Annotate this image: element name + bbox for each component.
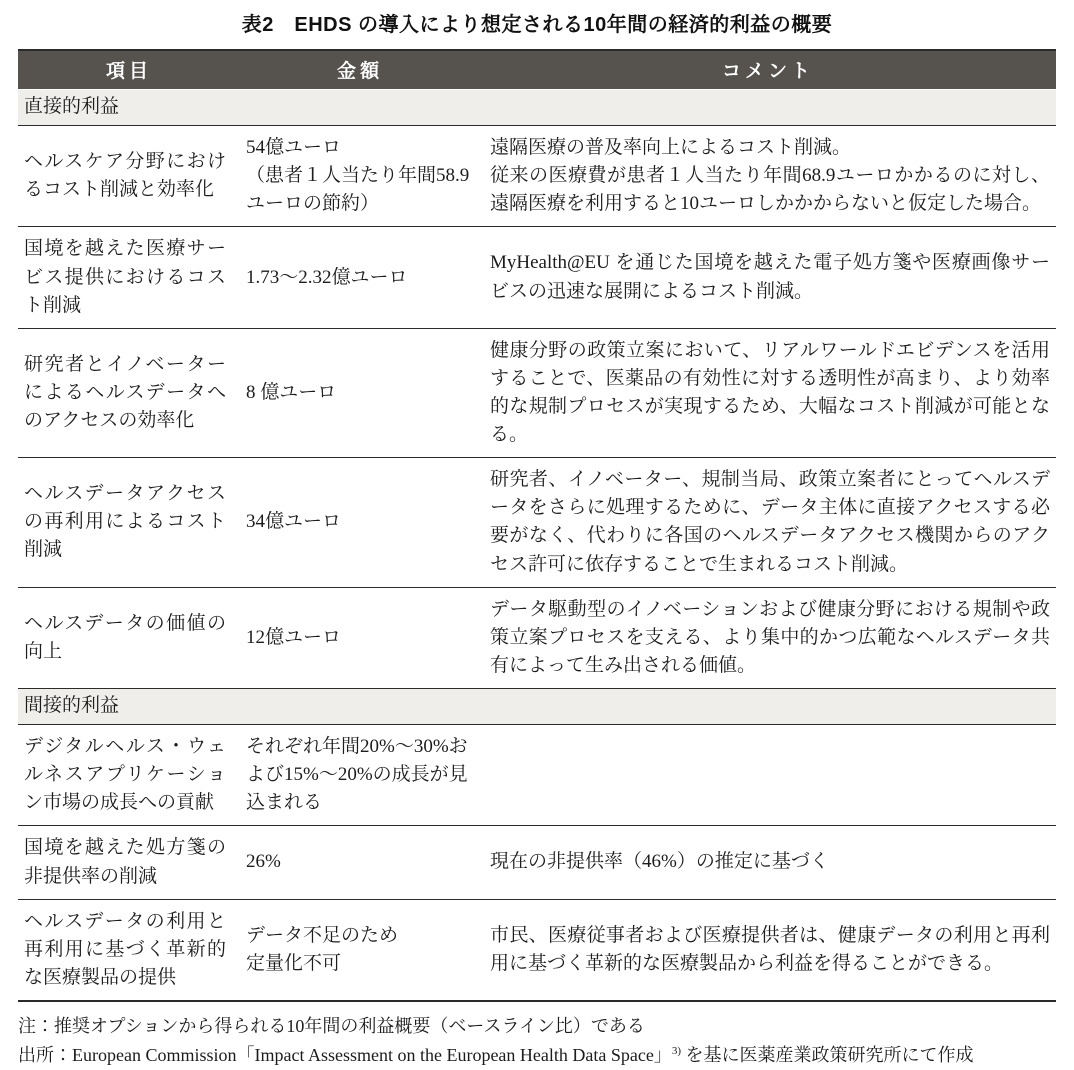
header-amount: 金額 (240, 50, 480, 90)
amount-cell: それぞれ年間20%～30%および15%～20%の成長が見込まれる (240, 725, 480, 826)
amount-cell: 34億ユーロ (240, 458, 480, 587)
comment-cell: MyHealth@EU を通じた国境を越えた電子処方箋や医療画像サービスの迅速な… (480, 227, 1056, 328)
amount-cell: 8 億ユーロ (240, 328, 480, 457)
section-row-direct: 直接的利益 (18, 90, 1056, 126)
header-row: 項目 金額 コメント (18, 50, 1056, 90)
table-row: 研究者とイノベーターによるヘルスデータへのアクセスの効率化 8 億ユーロ 健康分… (18, 328, 1056, 457)
item-cell: ヘルスデータの価値の向上 (18, 587, 240, 688)
table-row: ヘルスデータの価値の向上 12億ユーロ データ駆動型のイノベーションおよび健康分… (18, 587, 1056, 688)
table-row: 国境を越えた処方箋の非提供率の削減 26% 現在の非提供率（46%）の推定に基づ… (18, 826, 1056, 899)
benefits-table: 項目 金額 コメント 直接的利益 ヘルスケア分野におけるコスト削減と効率化 54… (18, 49, 1056, 1002)
comment-cell: 現在の非提供率（46%）の推定に基づく (480, 826, 1056, 899)
table-row: デジタルヘルス・ウェルネスアプリケーション市場の成長への貢献 それぞれ年間20%… (18, 725, 1056, 826)
item-cell: ヘルスケア分野におけるコスト削減と効率化 (18, 126, 240, 227)
header-item: 項目 (18, 50, 240, 90)
comment-cell: 健康分野の政策立案において、リアルワールドエビデンスを活用することで、医薬品の有… (480, 328, 1056, 457)
item-cell: 国境を越えた処方箋の非提供率の削減 (18, 826, 240, 899)
footnotes: 注：推奨オプションから得られる10年間の利益概要（ベースライン比）である 出所：… (18, 1012, 1056, 1070)
amount-cell: 26% (240, 826, 480, 899)
citation-superscript: 3) (672, 1045, 681, 1057)
section-label: 直接的利益 (18, 90, 1056, 126)
source-suffix: を基に医薬産業政策研究所にて作成 (681, 1045, 974, 1065)
table-row: ヘルスデータの利用と再利用に基づく革新的な医療製品の提供 データ不足のため 定量… (18, 899, 1056, 1001)
item-cell: デジタルヘルス・ウェルネスアプリケーション市場の成長への貢献 (18, 725, 240, 826)
source-prefix: 出所：European Commission「Impact Assessment… (18, 1045, 672, 1065)
table-row: ヘルスケア分野におけるコスト削減と効率化 54億ユーロ （患者１人当たり年間58… (18, 126, 1056, 227)
table-row: ヘルスデータアクセスの再利用によるコスト削減 34億ユーロ 研究者、イノベーター… (18, 458, 1056, 587)
table-title: 表2 EHDS の導入により想定される10年間の経済的利益の概要 (18, 8, 1056, 37)
amount-cell: データ不足のため 定量化不可 (240, 899, 480, 1001)
amount-cell: 12億ユーロ (240, 587, 480, 688)
item-cell: 国境を越えた医療サービス提供におけるコスト削減 (18, 227, 240, 328)
amount-cell: 1.73～2.32億ユーロ (240, 227, 480, 328)
item-cell: ヘルスデータアクセスの再利用によるコスト削減 (18, 458, 240, 587)
comment-cell (480, 725, 1056, 826)
section-label: 間接的利益 (18, 688, 1056, 724)
note-line: 注：推奨オプションから得られる10年間の利益概要（ベースライン比）である (18, 1012, 1056, 1041)
item-cell: ヘルスデータの利用と再利用に基づく革新的な医療製品の提供 (18, 899, 240, 1001)
item-cell: 研究者とイノベーターによるヘルスデータへのアクセスの効率化 (18, 328, 240, 457)
header-comment: コメント (480, 50, 1056, 90)
document-page: 表2 EHDS の導入により想定される10年間の経済的利益の概要 項目 金額 コ… (0, 0, 1074, 1066)
comment-cell: 研究者、イノベーター、規制当局、政策立案者にとってヘルスデータをさらに処理するた… (480, 458, 1056, 587)
comment-cell: データ駆動型のイノベーションおよび健康分野における規制や政策立案プロセスを支える… (480, 587, 1056, 688)
amount-cell: 54億ユーロ （患者１人当たり年間58.9ユーロの節約） (240, 126, 480, 227)
table-header: 項目 金額 コメント (18, 50, 1056, 90)
comment-cell: 市民、医療従事者および医療提供者は、健康データの利用と再利用に基づく革新的な医療… (480, 899, 1056, 1001)
comment-cell: 遠隔医療の普及率向上によるコスト削減。 従来の医療費が患者１人当たり年間68.9… (480, 126, 1056, 227)
table-row: 国境を越えた医療サービス提供におけるコスト削減 1.73～2.32億ユーロ My… (18, 227, 1056, 328)
section-row-indirect: 間接的利益 (18, 688, 1056, 724)
